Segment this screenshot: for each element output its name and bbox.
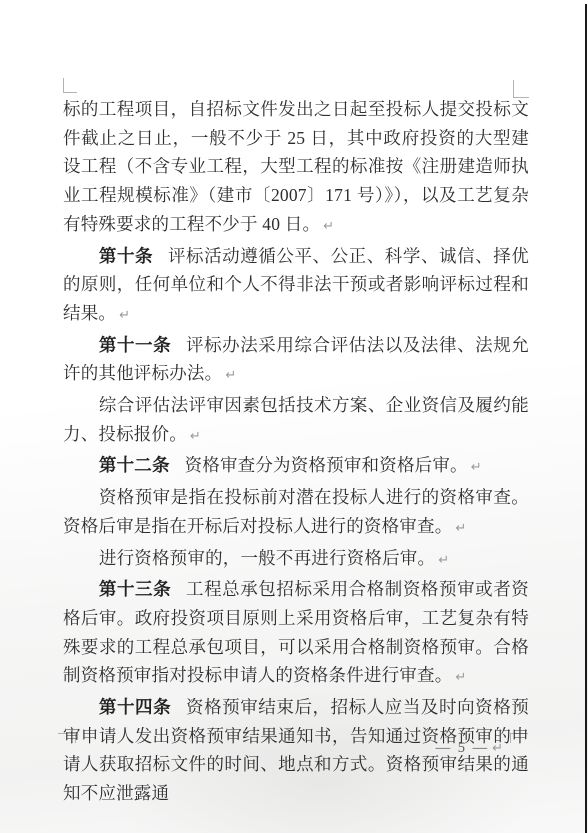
paragraph-return-mark-icon: ↵: [471, 460, 482, 475]
paragraph: 综合评估法评审因素包括技术方案、企业资信及履约能力、投标报价。↵: [63, 391, 529, 451]
crop-mark-top-left: [63, 78, 77, 93]
paragraph-return-mark-icon: ↵: [119, 308, 130, 323]
paragraph-return-mark-icon: ↵: [225, 368, 236, 383]
paragraph-return-mark-icon: ↵: [455, 670, 466, 685]
paragraph-return-mark-icon: ↵: [323, 219, 334, 234]
article-number: 第十三条: [99, 579, 171, 599]
footer-return-mark-icon: ↵: [492, 741, 503, 756]
paragraph: 第十条评标活动遵循公平、公正、科学、诚信、择优的原则，任何单位和个人不得非法干预…: [63, 242, 529, 331]
paragraph: 资格预审是指在投标前对潜在投标人进行的资格审查。资格后审是指在开标后对投标人进行…: [63, 483, 529, 543]
paragraph-return-mark-icon: ↵: [438, 553, 449, 568]
article-number: 第十四条: [99, 697, 171, 717]
page-edge-line: [585, 4, 587, 833]
page-number: — 5 —: [436, 740, 490, 756]
article-number: 第十条: [99, 246, 153, 266]
paragraph-return-mark-icon: ↵: [455, 521, 466, 536]
article-number: 第十一条: [99, 335, 171, 355]
paragraph: 标的工程项目，自招标文件发出之日起至投标人提交投标文件截止之日止，一般不少于 2…: [63, 95, 529, 242]
paragraph: 第十一条评标办法采用综合评估法以及法律、法规允许的其他评标办法。↵: [63, 331, 529, 391]
page-footer: — 5 —↵: [63, 740, 529, 757]
paragraph: 第十二条资格审查分为资格预审和资格后审。↵: [63, 451, 529, 483]
paragraph-return-mark-icon: ↵: [190, 429, 201, 444]
article-number: 第十二条: [99, 455, 170, 475]
paragraph: 进行资格预审的，一般不再进行资格后审。↵: [63, 544, 529, 576]
document-body: 标的工程项目，自招标文件发出之日起至投标人提交投标文件截止之日止，一般不少于 2…: [63, 95, 529, 808]
paragraph: 第十三条工程总承包招标采用合格制资格预审或者资格后审。政府投资项目原则上采用资格…: [63, 575, 529, 693]
